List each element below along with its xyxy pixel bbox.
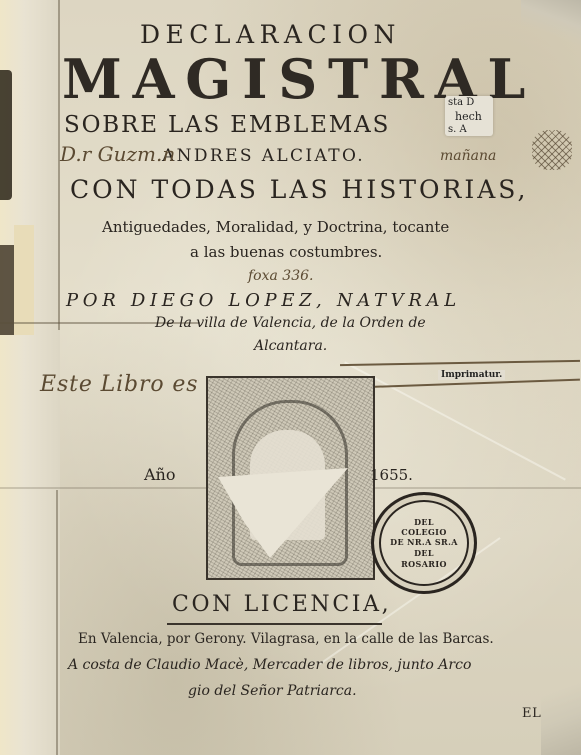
year: 1655. [370,466,413,484]
patch-text: hech [455,110,482,123]
handwritten-owner: D.r Guzm.n [60,142,175,166]
subtitle-line-1: Antiguedades, Moralidad, y Doctrina, toc… [102,218,449,236]
author-origin: De la villa de Valencia, de la Orden de [155,315,426,331]
binding-shadow [0,70,12,200]
stamp-text: ROSARIO [374,559,474,569]
handwritten-ownership-note: Este Libro es [40,372,198,397]
page-curl-bottom [541,665,581,755]
ink-scribble [532,130,572,170]
author-order: Alcantara. [254,338,327,354]
stamp-text: DEL [374,517,474,527]
title-line-declaracion: DECLARACION [140,20,401,49]
divider-rule [167,623,382,625]
imprint-line-2: A costa de Claudio Macè, Mercader de lib… [68,657,471,673]
patch-text: sta D [448,97,474,108]
title-line-andres: ANDRES ALCIATO. [162,146,365,166]
paper-strip [14,225,34,335]
library-stamp: DEL COLEGIO DE NR.A SR.A DEL ROSARIO [371,492,477,594]
stamp-text: DE NR.A SR.A [374,537,474,547]
imprint-line-3: gio del Señor Patriarca. [188,683,357,699]
subtitle-line-2: a las buenas costumbres. [190,243,382,261]
ink-strike [340,360,580,366]
patch-text: s. A [448,124,467,135]
author-line: POR DIEGO LOPEZ, NATVRAL [66,290,461,311]
title-page: DECLARACION MAGISTRAL SOBRE LAS EMBLEMAS… [0,0,581,755]
catchword: EL [522,706,541,721]
license-line: CON LICENCIA, [172,592,391,617]
title-line-sobre: SOBRE LAS EMBLEMAS [64,112,390,138]
handwritten-folio: foxa 336. [248,268,313,284]
handwritten-note: mañana [440,148,496,164]
year-label: Año [144,465,176,484]
stamp-text: COLEGIO [374,527,474,537]
stamp-text: DEL [374,548,474,558]
title-line-todas: CON TODAS LAS HISTORIAS, [70,175,528,204]
page-curl-top [521,0,581,45]
imprimatur-slip: Imprimatur. [438,370,505,380]
imprint-line-1: En Valencia, por Gerony. Vilagrasa, en l… [78,631,494,647]
tear-line [56,490,58,755]
